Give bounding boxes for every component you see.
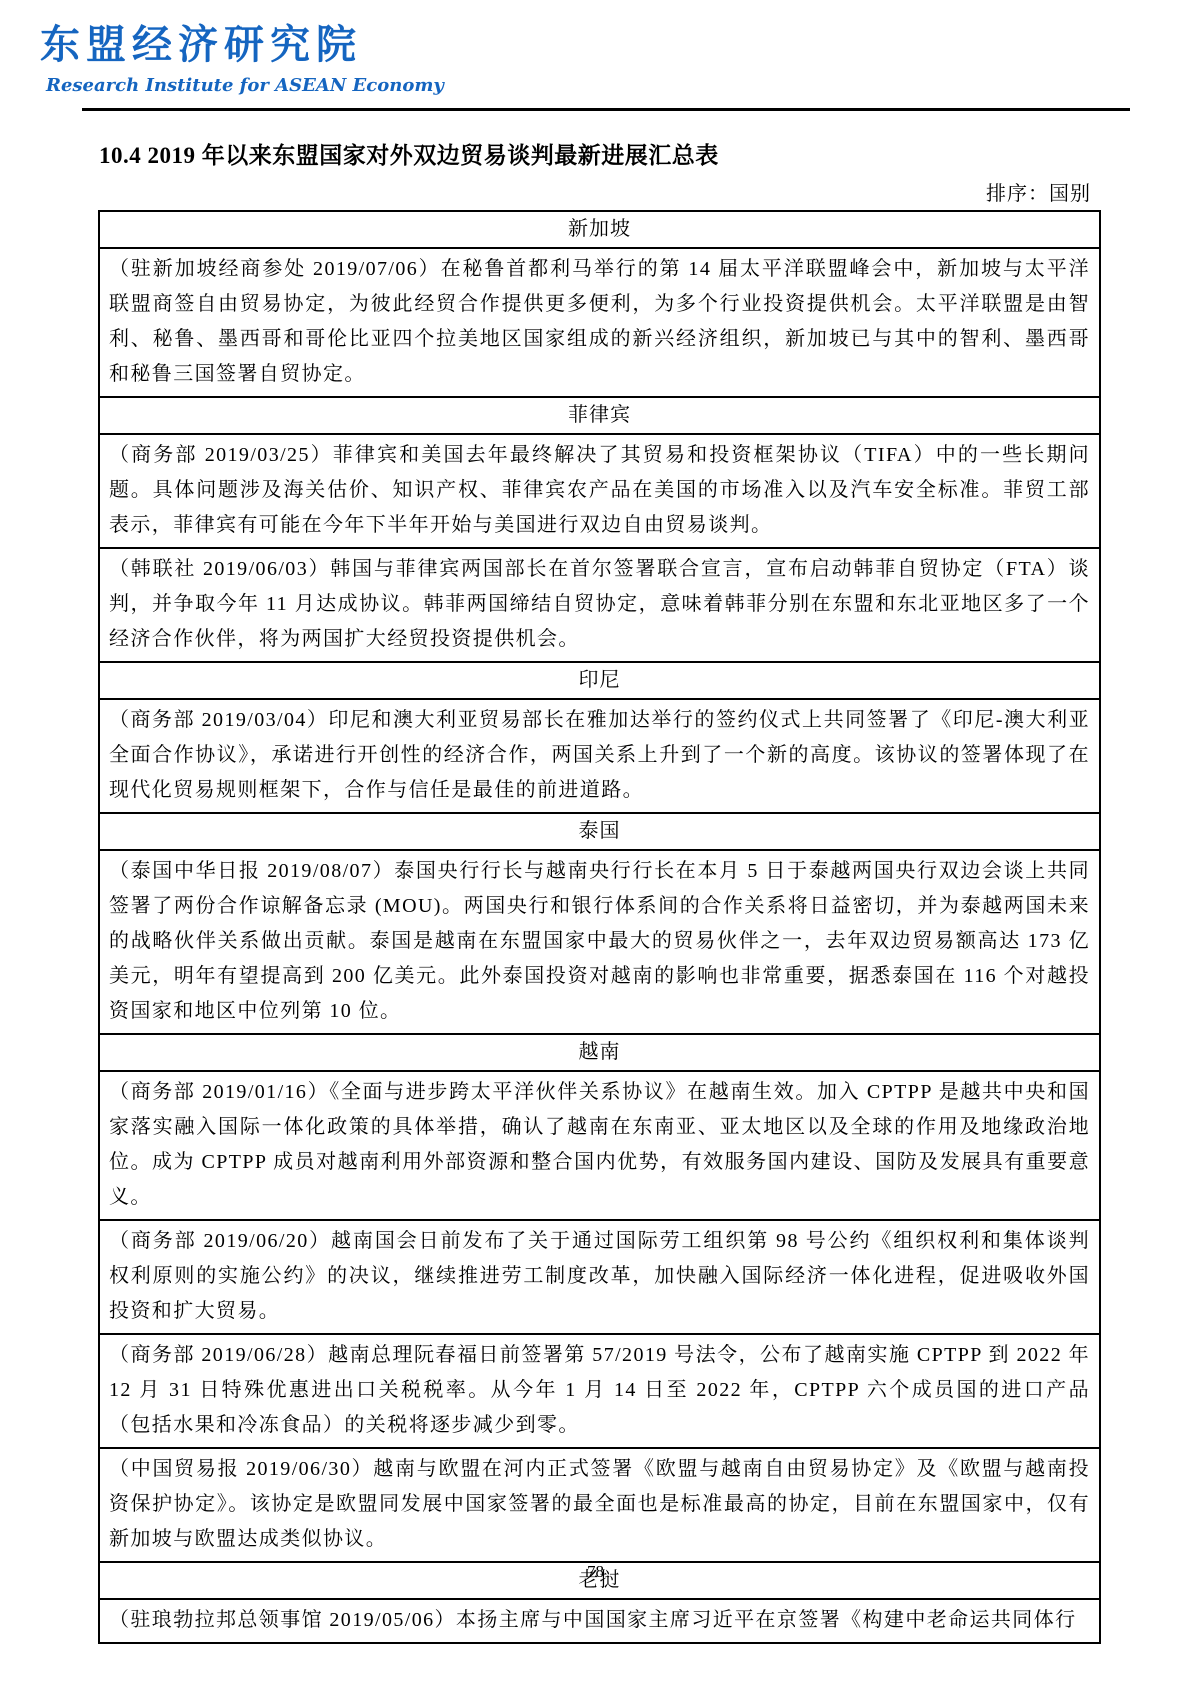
news-entry-row: （商务部 2019/06/20）越南国会日前发布了关于通过国际劳工组织第 98 … [99,1220,1100,1334]
news-entry-text: （商务部 2019/06/20）越南国会日前发布了关于通过国际劳工组织第 98 … [99,1220,1100,1334]
news-entry-row: （商务部 2019/03/25）菲律宾和美国去年最终解决了其贸易和投资框架协议（… [99,434,1100,548]
page-number: 78 [0,1562,1191,1582]
country-header-row: 越南 [99,1034,1100,1071]
news-entry-text: （商务部 2019/06/28）越南总理阮春福日前签署第 57/2019 号法令… [99,1334,1100,1448]
news-entry-row: （商务部 2019/03/04）印尼和澳大利亚贸易部长在雅加达举行的签约仪式上共… [99,699,1100,813]
country-name: 新加坡 [99,211,1100,248]
news-entry-text: （泰国中华日报 2019/08/07）泰国央行行长与越南央行行长在本月 5 日于… [99,850,1100,1034]
sort-order-note: 排序：国别 [99,181,1091,207]
org-logo: 东盟经济研究院 Research Institute for ASEAN Eco… [40,22,444,96]
country-name: 泰国 [99,813,1100,850]
news-entry-row: （商务部 2019/01/16）《全面与进步跨太平洋伙伴关系协议》在越南生效。加… [99,1071,1100,1220]
news-entry-row: （驻新加坡经商参处 2019/07/06）在秘鲁首都利马举行的第 14 届太平洋… [99,248,1100,397]
country-header-row: 新加坡 [99,211,1100,248]
country-name: 印尼 [99,662,1100,699]
document-page: 东盟经济研究院 Research Institute for ASEAN Eco… [0,0,1191,1684]
trade-progress-table: 新加坡（驻新加坡经商参处 2019/07/06）在秘鲁首都利马举行的第 14 届… [98,210,1101,1644]
trade-progress-table-body: 新加坡（驻新加坡经商参处 2019/07/06）在秘鲁首都利马举行的第 14 届… [99,211,1100,1643]
news-entry-row: （商务部 2019/06/28）越南总理阮春福日前签署第 57/2019 号法令… [99,1334,1100,1448]
header-divider-line [82,108,1130,111]
news-entry-text: （商务部 2019/01/16）《全面与进步跨太平洋伙伴关系协议》在越南生效。加… [99,1071,1100,1220]
country-name: 越南 [99,1034,1100,1071]
country-header-row: 菲律宾 [99,397,1100,434]
news-entry-text: （驻新加坡经商参处 2019/07/06）在秘鲁首都利马举行的第 14 届太平洋… [99,248,1100,397]
news-entry-row: （中国贸易报 2019/06/30）越南与欧盟在河内正式签署《欧盟与越南自由贸易… [99,1448,1100,1562]
section-title: 10.4 2019 年以来东盟国家对外双边贸易谈判最新进展汇总表 [99,141,719,171]
news-entry-text: （韩联社 2019/06/03）韩国与菲律宾两国部长在首尔签署联合宣言，宣布启动… [99,548,1100,662]
news-entry-row: （韩联社 2019/06/03）韩国与菲律宾两国部长在首尔签署联合宣言，宣布启动… [99,548,1100,662]
country-name: 菲律宾 [99,397,1100,434]
news-entry-text: （中国贸易报 2019/06/30）越南与欧盟在河内正式签署《欧盟与越南自由贸易… [99,1448,1100,1562]
country-header-row: 泰国 [99,813,1100,850]
org-logo-english-subtitle: Research Institute for ASEAN Economy [46,76,444,96]
news-entry-text: （商务部 2019/03/04）印尼和澳大利亚贸易部长在雅加达举行的签约仪式上共… [99,699,1100,813]
news-entry-row: （泰国中华日报 2019/08/07）泰国央行行长与越南央行行长在本月 5 日于… [99,850,1100,1034]
news-entry-text: （驻琅勃拉邦总领事馆 2019/05/06）本扬主席与中国国家主席习近平在京签署… [99,1599,1100,1643]
news-entry-row: （驻琅勃拉邦总领事馆 2019/05/06）本扬主席与中国国家主席习近平在京签署… [99,1599,1100,1643]
news-entry-text: （商务部 2019/03/25）菲律宾和美国去年最终解决了其贸易和投资框架协议（… [99,434,1100,548]
country-header-row: 印尼 [99,662,1100,699]
org-logo-chinese-title: 东盟经济研究院 [40,22,444,68]
